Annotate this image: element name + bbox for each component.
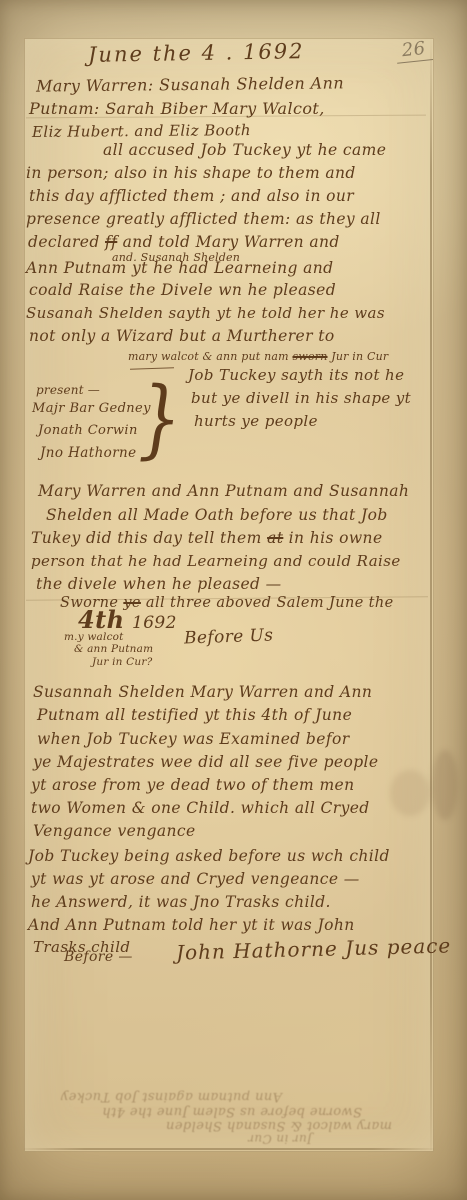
accusation-line-2: in person; also in his shape to them and	[26, 165, 356, 182]
margin-name-hathorne: Jno Hathorne	[40, 446, 137, 461]
bleedthrough-line-2: mary walcot & Susanah Shelden	[28, 1118, 392, 1132]
testimony-line-5: yt arose from ye dead two of them men	[31, 777, 355, 794]
reply-line-3: hurts ye people	[194, 413, 318, 430]
names-line-1: Mary Warren: Susanah Shelden Ann	[36, 74, 344, 95]
bleedthrough-line-1: Jur in Cur	[28, 1132, 312, 1145]
answer-line-2: yt was yt arose and Cryed vengeance —	[31, 871, 360, 888]
bleedthrough-line-4: Ann putnam against Job Tuckey	[28, 1089, 282, 1103]
oath-line-1: Mary Warren and Ann Putnam and Susannah	[38, 483, 409, 500]
jurat-struck: sworn	[292, 350, 327, 363]
oath-line-2: Shelden all Made Oath before us that Job	[46, 507, 388, 524]
date-heading: June the 4 . 1692	[88, 40, 305, 67]
jurat2-line-1: m.y walcot	[64, 632, 124, 644]
sworne-post: all three aboved Salem June the	[141, 595, 394, 611]
jurat-pre: mary walcot & ann put nam	[128, 350, 292, 363]
jurat2-line-3: Jur in Cur?	[92, 657, 152, 669]
declared-post: and told Mary Warren and	[117, 233, 339, 251]
manuscript-photo: June the 4 . 1692 26 Mary Warren: Susana…	[0, 0, 467, 1200]
bleedthrough-block: Jur in Cur mary walcot & Susanah Shelden…	[28, 1015, 432, 1145]
struck-word: ff	[105, 233, 117, 251]
accusation-line-9: not only a Wizard but a Murtherer to	[29, 328, 335, 345]
accusation-line-6: Ann Putnam yt he had Learneing and	[26, 260, 333, 277]
accusation-line-3: this day afflicted them ; and also in ou…	[29, 188, 354, 205]
names-line-2: Putnam: Sarah Biber Mary Walcot,	[29, 100, 325, 118]
oath3-pre: Tukey did this day tell them	[31, 529, 267, 547]
before-dash: Before —	[64, 950, 133, 965]
before-us: Before Us	[184, 626, 274, 648]
oath3-post: in his owne	[283, 529, 382, 547]
accusation-line-8: Susanah Shelden sayth yt he told her he …	[26, 305, 385, 322]
testimony-line-2: Putnam all testified yt this 4th of June	[37, 707, 352, 724]
accusation-line-4: presence greatly afflicted them: as they…	[26, 211, 381, 228]
page-number: 26	[395, 38, 433, 63]
bleedthrough-line-3: Sworne before us Salem June the 4th	[28, 1103, 362, 1117]
sworn-day: 4th	[78, 607, 124, 633]
accusation-line-7: coald Raise the Divele wn he pleased	[29, 282, 336, 299]
margin-present-label: present —	[36, 384, 100, 397]
accusation-line-5: declared ff and told Mary Warren and	[28, 234, 340, 251]
jurat-post: Jur in Cur	[328, 350, 389, 363]
declared-pre: declared	[28, 233, 105, 251]
reply-line-1: Job Tuckey sayth its not he	[188, 367, 404, 384]
oath3-struck: at	[267, 529, 283, 547]
reply-line-2: but ye divell in his shape yt	[191, 390, 411, 407]
stain-mark	[390, 770, 430, 816]
answer-line-3: he Answerd, it was Jno Trasks child.	[31, 894, 331, 911]
oath-line-3: Tukey did this day tell them at in his o…	[31, 530, 383, 547]
oath-line-5: the divele when he pleased —	[36, 576, 282, 593]
paper-edge-bottom	[24, 1148, 434, 1150]
testimony-line-4: ye Majestrates wee did all see five peop…	[33, 754, 378, 771]
testimony-line-7: Vengance vengance	[33, 823, 196, 840]
testimony-line-3: when Job Tuckey was Examined befor	[37, 731, 350, 748]
paper-fold-right	[430, 36, 432, 1150]
margin-brace: }	[138, 374, 182, 467]
names-line-3: Eliz Hubert. and Eliz Booth	[32, 122, 251, 140]
testimony-line-1: Susannah Shelden Mary Warren and Ann	[33, 684, 372, 701]
answer-line-1: Job Tuckey being asked before us wch chi…	[28, 848, 390, 865]
margin-name-gedney: Majr Bar Gedney	[32, 402, 151, 416]
jurat2-line-2: & ann Putnam	[74, 644, 153, 656]
testimony-line-6: two Women & one Child. which all Cryed	[31, 800, 370, 817]
margin-name-corwin: Jonath Corwin	[38, 424, 138, 438]
jurat-line: mary walcot & ann put nam sworn Jur in C…	[128, 351, 388, 363]
sworne-struck: ye	[123, 595, 141, 611]
oath-line-4: person that he had Learneing and could R…	[31, 553, 401, 570]
sworn-year: 1692	[132, 614, 177, 633]
answer-line-4: And Ann Putnam told her yt it was John	[28, 917, 355, 934]
accusation-line-1: all accused Job Tuckey yt he came	[103, 142, 386, 159]
ink-smudge	[432, 750, 458, 820]
